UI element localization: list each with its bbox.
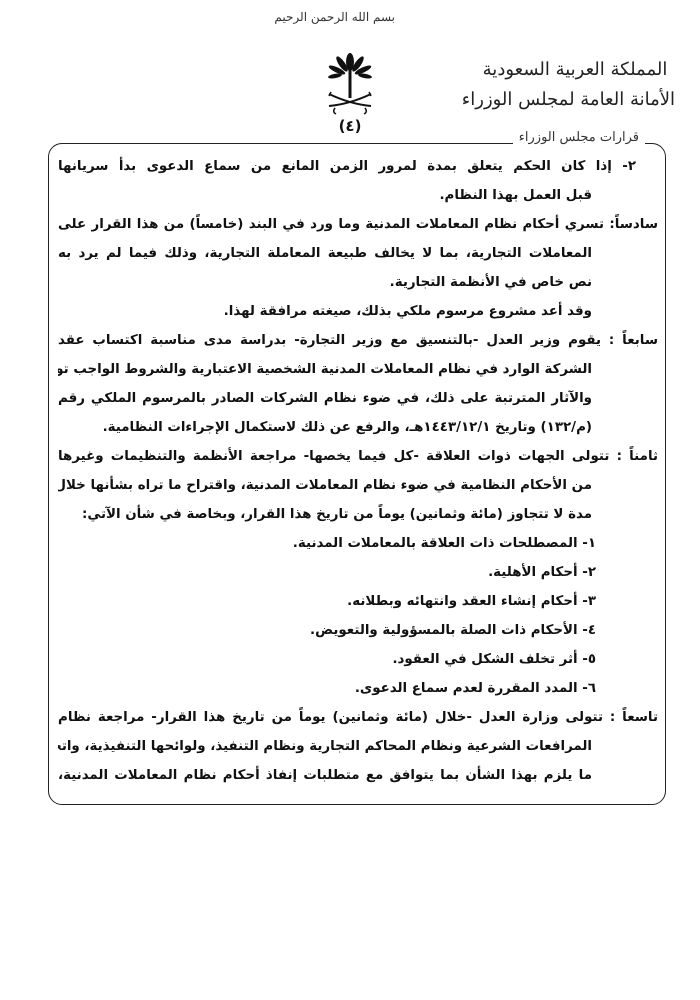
clause-eighth-list-item-4: ٤- الأحكام ذات الصلة بالمسؤولية والتعويض…	[58, 616, 658, 645]
frame-label: قرارات مجلس الوزراء	[513, 130, 645, 145]
letterhead-kingdom: المملكة العربية السعودية	[475, 55, 675, 85]
clause-eighth-list-item-2: ٢- أحكام الأهلية.	[58, 558, 658, 587]
clause-sixth-line-1: سادساً: تسري أحكام نظام المعاملات المدني…	[58, 210, 658, 239]
basmala-header: بسم الله الرحمن الرحيم	[305, 10, 395, 24]
item-2-line-1: ٢- إذا كان الحكم يتعلق بمدة لمرور الزمن …	[58, 152, 658, 181]
document-body: ٢- إذا كان الحكم يتعلق بمدة لمرور الزمن …	[58, 152, 658, 790]
clause-seventh-line-1: سابعاً : يقوم وزير العدل -بالتنسيق مع وز…	[58, 326, 658, 355]
clause-ninth-line-2: المرافعات الشرعية ونظام المحاكم التجارية…	[58, 732, 658, 761]
clause-seventh-line-4: (م/١٣٢) وتاريخ ١٤٤٣/١٢/١هـ، والرفع عن ذل…	[58, 413, 658, 442]
clause-sixth-line-4: وقد أعد مشروع مرسوم ملكي بذلك، صيغته مرا…	[58, 297, 658, 326]
clause-eighth-list-item-1: ١- المصطلحات ذات العلاقة بالمعاملات المد…	[58, 529, 658, 558]
clause-seventh-line-3: والآثار المترتبة على ذلك، في ضوء نظام ال…	[58, 384, 658, 413]
clause-sixth-line-3: نص خاص في الأنظمة التجارية.	[58, 268, 658, 297]
letterhead: المملكة العربية السعودية الأمانة العامة …	[475, 55, 675, 115]
letterhead-secretariat: الأمانة العامة لمجلس الوزراء	[475, 85, 675, 115]
clause-eighth-line-2: من الأحكام النظامية في ضوء نظام المعاملا…	[58, 471, 658, 500]
clause-ninth-line-3: ما يلزم بهذا الشأن بما يتوافق مع متطلبات…	[58, 761, 658, 790]
palm-and-swords-emblem-icon	[325, 48, 375, 118]
clause-eighth-line-1: ثامناً : تتولى الجهات ذوات العلاقة -كل ف…	[58, 442, 658, 471]
clause-ninth-line-1: تاسعاً : تتولى وزارة العدل -خلال (مائة و…	[58, 703, 658, 732]
page-number: (٤)	[330, 117, 370, 135]
item-2-line-2: قبل العمل بهذا النظام.	[58, 181, 658, 210]
clause-eighth-line-3: مدة لا تتجاوز (مائة وثمانين) يوماً من تا…	[58, 500, 658, 529]
clause-eighth-list-item-6: ٦- المدد المقررة لعدم سماع الدعوى.	[58, 674, 658, 703]
clause-sixth-line-2: المعاملات التجارية، بما لا يخالف طبيعة ا…	[58, 239, 658, 268]
clause-eighth-list-item-5: ٥- أثر تخلف الشكل في العقود.	[58, 645, 658, 674]
clause-eighth-list-item-3: ٣- أحكام إنشاء العقد وانتهائه وبطلانه.	[58, 587, 658, 616]
clause-seventh-line-2: الشركة الوارد في نظام المعاملات المدنية …	[58, 355, 658, 384]
